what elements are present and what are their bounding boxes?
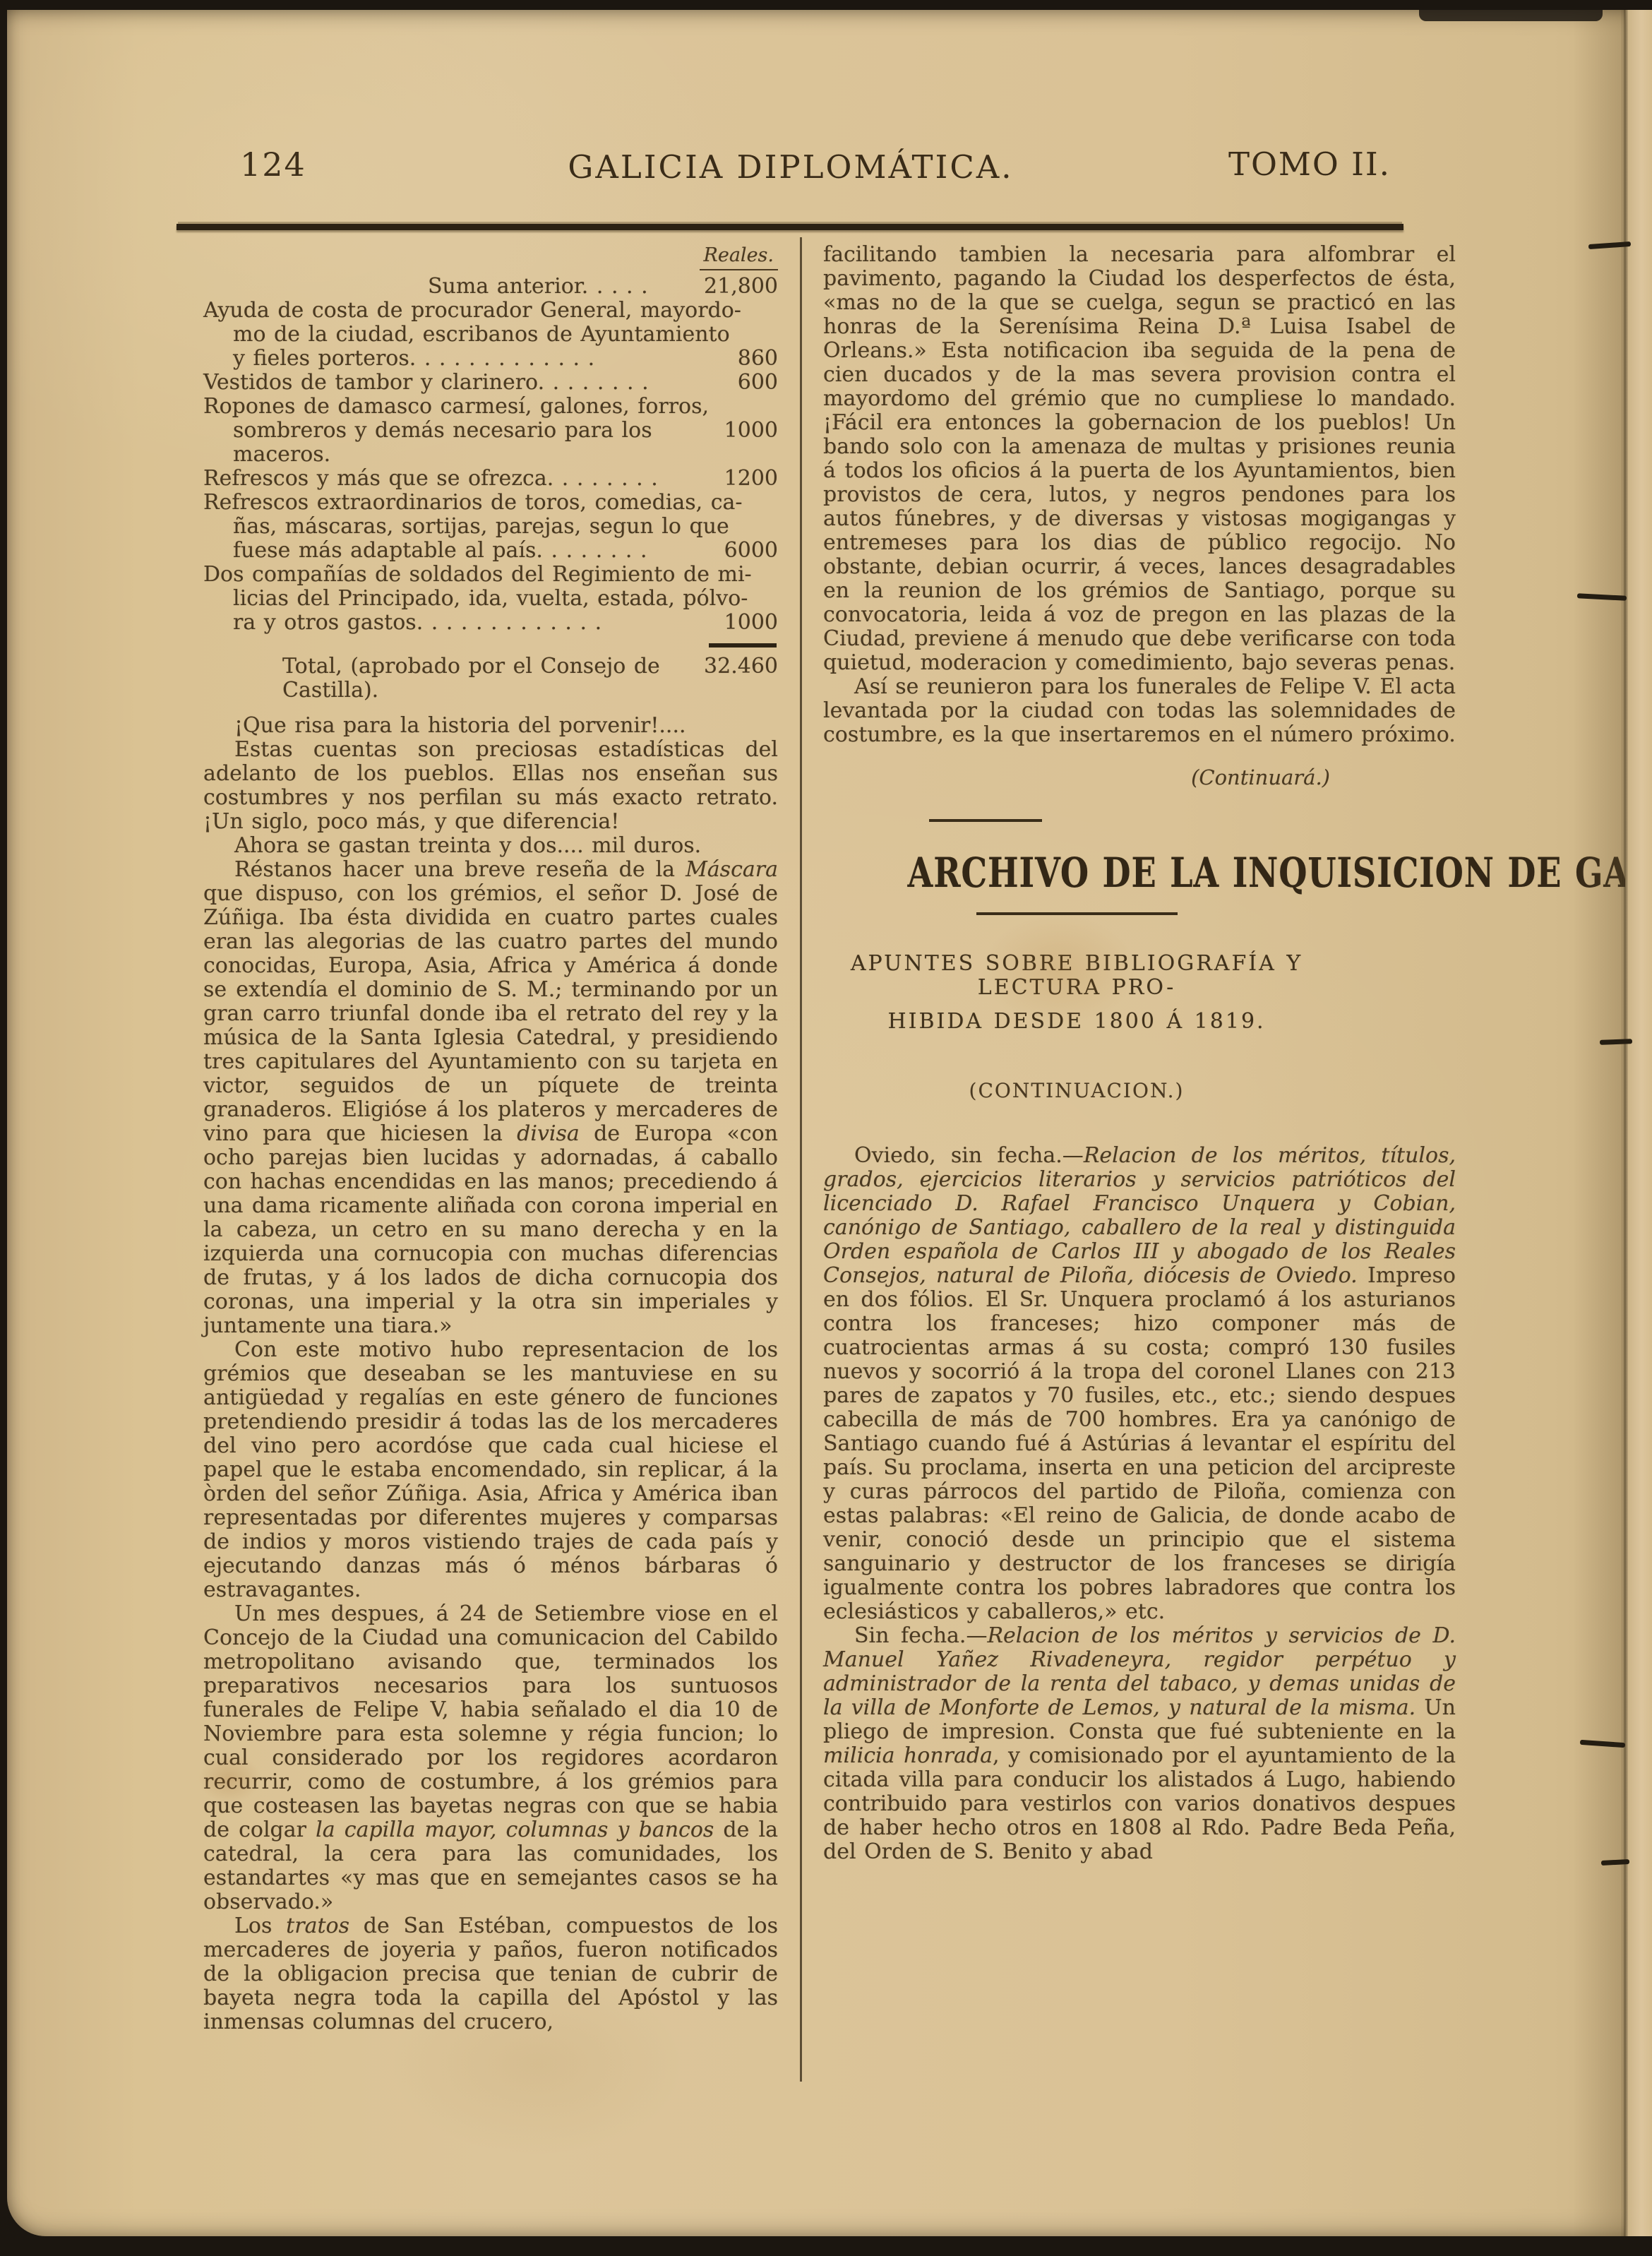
expense-amount: 860 bbox=[738, 347, 778, 371]
expense-row-text: Suma anterior. . . . . bbox=[428, 275, 697, 299]
expense-row: Dos compañías de soldados del Regimiento… bbox=[203, 563, 778, 635]
next-page-edge bbox=[1625, 10, 1652, 2236]
expense-amount: 6000 bbox=[724, 539, 778, 563]
expense-row-text: licias del Principado, ida, vuelta, esta… bbox=[233, 587, 778, 611]
expense-row: Refrescos extraordinarios de toros, come… bbox=[203, 491, 778, 563]
expense-row-text: ñas, máscaras, sortijas, parejas, segun … bbox=[233, 515, 778, 539]
paragraph: Con este motivo hubo representacion de l… bbox=[203, 1338, 778, 1602]
currency-header: Reales. bbox=[700, 244, 778, 270]
total-rule bbox=[709, 643, 777, 647]
expense-row: Refrescos y más que se ofrezca. . . . . … bbox=[203, 467, 778, 491]
section-title: ARCHIVO DE LA INQUISICION DE GALICIA. bbox=[827, 852, 1326, 894]
expense-amount: 1000 bbox=[724, 419, 778, 443]
scanned-page: 124 GALICIA DIPLOMÁTICA. TOMO II. Reales… bbox=[7, 10, 1652, 2236]
section-subtitle-line-2: HIBIDA DESDE 1800 Á 1819. bbox=[827, 1010, 1326, 1034]
expense-amount: 1000 bbox=[724, 611, 778, 635]
paragraph: Réstanos hacer una breve reseña de la Má… bbox=[203, 858, 778, 1338]
expense-row-text: y fieles porteros. . . . . . . . . . . .… bbox=[233, 347, 731, 371]
paragraph: facilitando tambien la necesaria para al… bbox=[823, 243, 1456, 675]
paragraph: ¡Que risa para la historia del porvenir!… bbox=[203, 714, 778, 738]
expense-row-text: Vestidos de tambor y clarinero. . . . . … bbox=[203, 371, 731, 395]
paragraph: Sin fecha.—Relacion de los méritos y ser… bbox=[823, 1624, 1456, 1864]
total-label: Total, (aprobado por el Consejo de Casti… bbox=[282, 655, 704, 703]
continuation-note: (Continuará.) bbox=[823, 765, 1456, 789]
section-title-rule bbox=[976, 912, 1178, 915]
left-column: Reales. Suma anterior. . . . .21,800Ayud… bbox=[203, 243, 778, 2034]
expense-table-header: Reales. bbox=[203, 243, 778, 270]
expense-total-row: Total, (aprobado por el Consejo de Casti… bbox=[203, 655, 778, 703]
expense-row: Vestidos de tambor y clarinero. . . . . … bbox=[203, 371, 778, 395]
paragraph: Los tratos de San Estéban, compuestos de… bbox=[203, 1914, 778, 2034]
paragraph: Ahora se gastan treinta y dos.... mil du… bbox=[203, 834, 778, 858]
expense-row: Ayuda de costa de procurador General, ma… bbox=[203, 299, 778, 371]
expense-amount: 600 bbox=[738, 371, 778, 395]
paragraph: Un mes despues, á 24 de Setiembre viose … bbox=[203, 1602, 778, 1914]
expense-amount: 21,800 bbox=[704, 275, 778, 299]
page-number: 124 bbox=[240, 145, 306, 184]
paragraph: Así se reunieron para los funerales de F… bbox=[823, 675, 1456, 747]
expense-row: Ropones de damasco carmesí, galones, for… bbox=[203, 395, 778, 467]
header-rule bbox=[176, 224, 1403, 230]
journal-title: GALICIA DIPLOMÁTICA. bbox=[473, 148, 1108, 186]
paragraph: Oviedo, sin fecha.—Relacion de los mérit… bbox=[823, 1144, 1456, 1624]
expense-row-text: Ayuda de costa de procurador General, ma… bbox=[203, 299, 778, 323]
expense-row-text: mo de la ciudad, escribanos de Ayuntamie… bbox=[233, 323, 778, 347]
total-amount: 32.460 bbox=[704, 655, 778, 679]
expense-row-text: Refrescos extraordinarios de toros, come… bbox=[203, 491, 778, 515]
section-header: ARCHIVO DE LA INQUISICION DE GALICIA. AP… bbox=[827, 852, 1326, 1103]
expense-row-text: ra y otros gastos. . . . . . . . . . . .… bbox=[233, 611, 717, 635]
section-subtitle-line-1: APUNTES SOBRE BIBLIOGRAFÍA Y LECTURA PRO… bbox=[827, 952, 1326, 1000]
column-divider-rule bbox=[800, 237, 802, 2082]
expense-table: Suma anterior. . . . .21,800Ayuda de cos… bbox=[203, 275, 778, 635]
expense-row-text: fuese más adaptable al país. . . . . . .… bbox=[233, 539, 717, 563]
volume-label: TOMO II. bbox=[1172, 145, 1391, 183]
paragraph: Estas cuentas son preciosas estadísticas… bbox=[203, 738, 778, 834]
scan-edge-shadow bbox=[1419, 0, 1603, 21]
expense-row: Suma anterior. . . . .21,800 bbox=[203, 275, 778, 299]
expense-amount: 1200 bbox=[724, 467, 778, 491]
expense-row-text: sombreros y demás necesario para los mac… bbox=[233, 419, 717, 467]
expense-row-text: Dos compañías de soldados del Regimiento… bbox=[203, 563, 778, 587]
section-divider-rule bbox=[929, 819, 1042, 822]
right-column: facilitando tambien la necesaria para al… bbox=[823, 243, 1456, 1864]
expense-row-text: Refrescos y más que se ofrezca. . . . . … bbox=[203, 467, 717, 491]
gutter-shade bbox=[1573, 10, 1622, 2236]
expense-row-text: Ropones de damasco carmesí, galones, for… bbox=[203, 395, 778, 419]
page-gutter-crease bbox=[1621, 10, 1628, 2236]
section-continuation-label: (CONTINUACION.) bbox=[827, 1079, 1326, 1103]
